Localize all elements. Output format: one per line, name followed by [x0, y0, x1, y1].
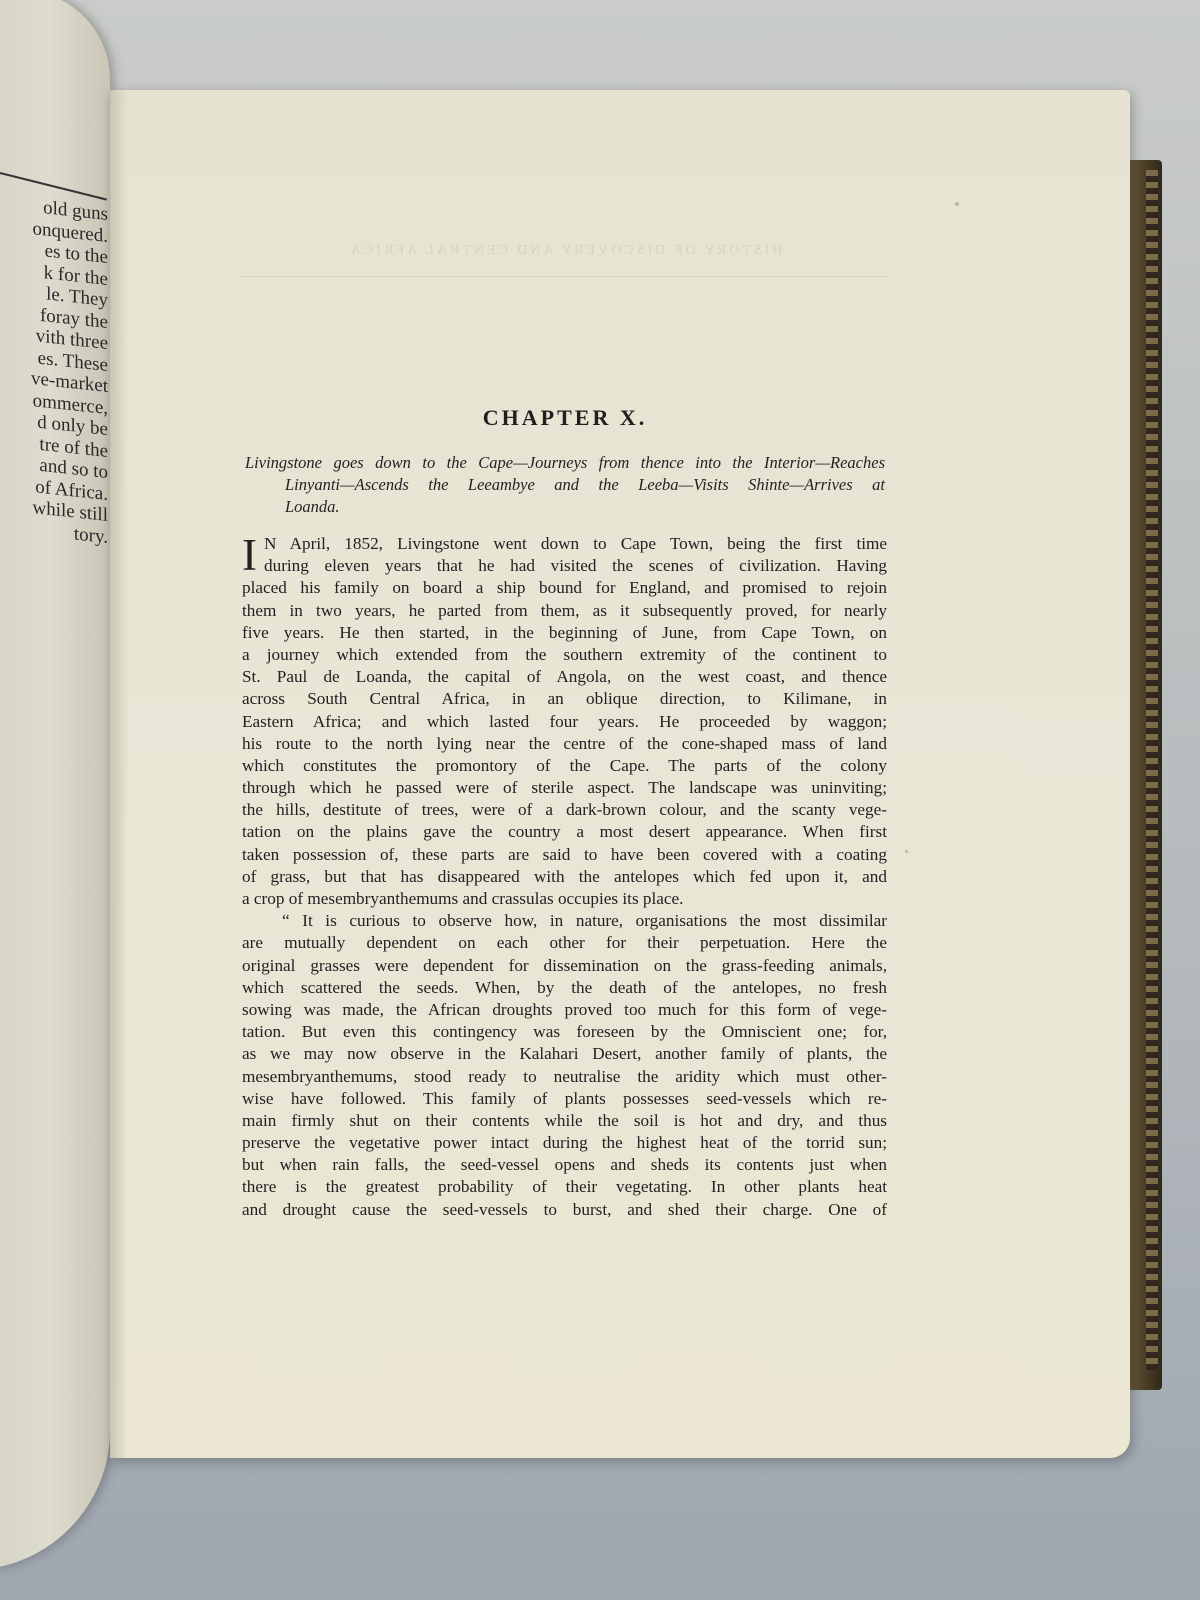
body-line: as we may now observe in the Kalahari De…: [242, 1043, 887, 1065]
paper-speck: [955, 202, 959, 206]
chapter-synopsis: Livingstone goes down to the Cape—Journe…: [245, 452, 885, 519]
body-line: “ It is curious to observe how, in natur…: [242, 910, 887, 932]
body-line: of grass, but that has disappeared with …: [242, 866, 887, 888]
body-line: taken possession of, these parts are sai…: [242, 844, 887, 866]
body-line: his route to the north lying near the ce…: [242, 733, 887, 755]
left-page-text: old guns onquered. es to the k for the l…: [0, 192, 108, 548]
body-line: tation. But even this contingency was fo…: [242, 1021, 887, 1043]
body-line: them in two years, he parted from them, …: [242, 600, 887, 622]
chapter-title: CHAPTER X.: [240, 405, 890, 431]
body-line: five years. He then started, in the begi…: [242, 622, 887, 644]
synopsis-line: Linyanti—Ascends the Leeambye and the Le…: [245, 474, 885, 496]
book-spine: [1128, 160, 1162, 1390]
body-line: which constitutes the promontory of the …: [242, 755, 887, 777]
drop-cap: I: [242, 535, 257, 575]
body-line: Eastern Africa; and which lasted four ye…: [242, 711, 887, 733]
body-line: N April, 1852, Livingstone went down to …: [242, 533, 887, 555]
body-line: which scattered the seeds. When, by the …: [242, 977, 887, 999]
body-line: preserve the vegetative power intact dur…: [242, 1132, 887, 1154]
body-line: are mutually dependent on each other for…: [242, 932, 887, 954]
body-line: mesembryanthemums, stood ready to neutra…: [242, 1066, 887, 1088]
body-line: St. Paul de Loanda, the capital of Angol…: [242, 666, 887, 688]
body-line: through which he passed were of sterile …: [242, 777, 887, 799]
body-line: a crop of mesembryanthemums and crassula…: [242, 888, 887, 910]
bleed-through-rule: [240, 276, 890, 277]
body-line: original grasses were dependent for diss…: [242, 955, 887, 977]
body-line: across South Central Africa, in an obliq…: [242, 688, 887, 710]
body-line: tation on the plains gave the country a …: [242, 821, 887, 843]
synopsis-line: Livingstone goes down to the Cape—Journe…: [245, 452, 885, 474]
body-line: main firmly shut on their contents while…: [242, 1110, 887, 1132]
body-line: during eleven years that he had visited …: [242, 555, 887, 577]
page-gutter-shadow: [110, 90, 128, 1458]
body-line: and drought cause the seed-vessels to bu…: [242, 1199, 887, 1221]
bleed-through-header: HISTORY OF DISCOVERY AND CENTRAL AFRICA: [240, 240, 890, 262]
body-line: there is the greatest probability of the…: [242, 1176, 887, 1198]
paper-speck: [905, 850, 908, 853]
spine-decoration: [1146, 170, 1158, 1370]
bleed-through-text: HISTORY OF DISCOVERY AND CENTRAL AFRICA: [240, 240, 890, 299]
right-page: HISTORY OF DISCOVERY AND CENTRAL AFRICA …: [110, 90, 1130, 1458]
left-page: old guns onquered. es to the k for the l…: [0, 0, 110, 1570]
body-line: placed his family on board a ship bound …: [242, 577, 887, 599]
synopsis-line: Loanda.: [245, 496, 885, 518]
body-line: but when rain falls, the seed-vessel ope…: [242, 1154, 887, 1176]
body-text: I N April, 1852, Livingstone went down t…: [242, 533, 887, 1221]
body-line: wise have followed. This family of plant…: [242, 1088, 887, 1110]
body-line: a journey which extended from the southe…: [242, 644, 887, 666]
body-line: the hills, destitute of trees, were of a…: [242, 799, 887, 821]
body-line: sowing was made, the African droughts pr…: [242, 999, 887, 1021]
